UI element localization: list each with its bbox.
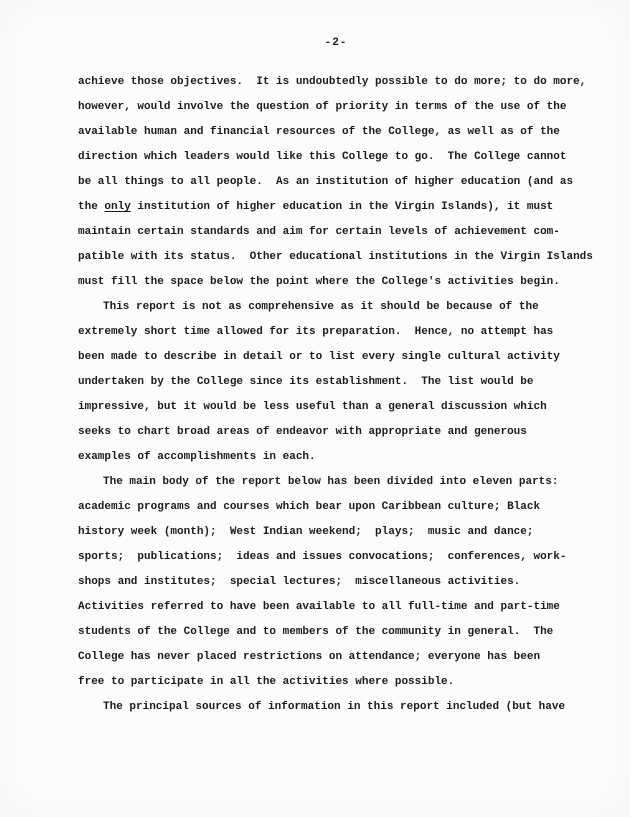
text-line: must fill the space below the point wher… — [78, 270, 618, 295]
document-page: -2- achieve those objectives. It is undo… — [0, 0, 630, 817]
text-line: the only institution of higher education… — [78, 195, 618, 220]
text-line: patible with its status. Other education… — [78, 245, 618, 270]
text-line: impressive, but it would be less useful … — [78, 395, 618, 420]
text-line: however, would involve the question of p… — [78, 95, 618, 120]
underlined-word: only — [104, 201, 130, 213]
text-line: College has never placed restrictions on… — [78, 645, 618, 670]
text-line: be all things to all people. As an insti… — [78, 170, 618, 195]
text-line: achieve those objectives. It is undoubte… — [78, 70, 618, 95]
text-line: sports; publications; ideas and issues c… — [78, 545, 618, 570]
text-line: maintain certain standards and aim for c… — [78, 220, 618, 245]
text-line: students of the College and to members o… — [78, 620, 618, 645]
page-number: -2- — [78, 36, 594, 50]
text-line: The main body of the report below has be… — [78, 470, 618, 495]
text-line: undertaken by the College since its esta… — [78, 370, 618, 395]
text-line: academic programs and courses which bear… — [78, 495, 618, 520]
text-line: extremely short time allowed for its pre… — [78, 320, 618, 345]
text-line: available human and financial resources … — [78, 120, 618, 145]
text-line: history week (month); West Indian weeken… — [78, 520, 618, 545]
text-line: direction which leaders would like this … — [78, 145, 618, 170]
text-line: Activities referred to have been availab… — [78, 595, 618, 620]
text-line: examples of accomplishments in each. — [78, 445, 618, 470]
text-line: The principal sources of information in … — [78, 695, 618, 720]
text-line: seeks to chart broad areas of endeavor w… — [78, 420, 618, 445]
text-line: This report is not as comprehensive as i… — [78, 295, 618, 320]
text-line: been made to describe in detail or to li… — [78, 345, 618, 370]
document-lines: achieve those objectives. It is undoubte… — [78, 70, 618, 720]
text-line: shops and institutes; special lectures; … — [78, 570, 618, 595]
text-line: free to participate in all the activitie… — [78, 670, 618, 695]
